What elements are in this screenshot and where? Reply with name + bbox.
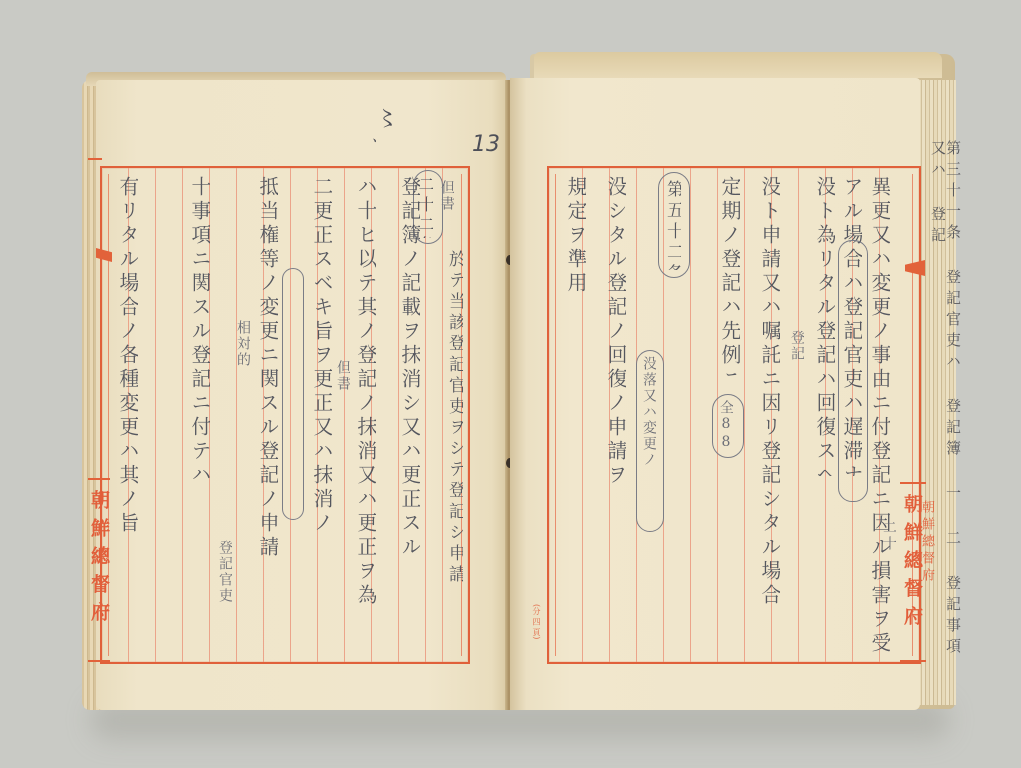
column-rule (155, 168, 156, 662)
column-rule (690, 168, 691, 662)
handwritten-column: 定期ノ登記ハ先例ニ依ル (720, 176, 740, 376)
left-label-rule-bottom (88, 660, 110, 662)
column-rule (798, 168, 799, 662)
annotation: 但書 (440, 180, 454, 240)
handwritten-column: 登記簿ノ記載ヲ抹消シ又ハ更正スル (400, 176, 420, 646)
bracket-annotation (282, 268, 304, 520)
left-top-note-2: 、 (372, 126, 386, 146)
handwritten-column: 於テ当該登記官吏ヲシテ登記シ申請 (446, 250, 463, 650)
annotation: 相対的 (236, 320, 250, 380)
handwritten-column: 規定ヲ準用ス (566, 176, 586, 296)
column-rule (344, 168, 345, 662)
annotation: 登記 (790, 330, 804, 390)
handwritten-column: 没シタル登記ノ回復ノ申請ヲ (606, 176, 626, 646)
handwritten-column: 有リタル場合ノ各種変更ハ其ノ旨 (118, 176, 138, 646)
handwritten-column: 没ト申請又ハ嘱託ニ因リ登記シタル場合 (760, 176, 780, 626)
article-heading: 第五十二条 (664, 180, 681, 270)
column-rule (442, 168, 443, 662)
bracket-annotation (838, 240, 868, 502)
column-rule (182, 168, 183, 662)
handwritten-column: 抵当権等ノ変更ニ関スル登記ノ申請 (258, 176, 278, 646)
handwritten-column: 没ト為リタル登記ハ回復スヘシ (815, 176, 835, 476)
right-page-stack-top-edge (534, 52, 942, 78)
fore-edge-annotation: 第三十一条 登記官吏ハ 登記簿 一 二 登記事項 又ハ 登記 (930, 140, 960, 700)
left-tab-mark-top (88, 158, 102, 160)
handwritten-column: 二更正スベキ旨ヲ更正又ハ抹消ノ (312, 176, 332, 646)
right-label-rule-top (900, 482, 926, 484)
right-margin-label-offset: 朝鮮總督府 (920, 500, 933, 585)
page-footer-mark: (分 四 頁) (531, 604, 542, 639)
annotation: 没落又ハ変更ノ (642, 356, 656, 526)
right-label-rule-bottom (900, 660, 926, 662)
annotation: 但書 (336, 360, 350, 410)
column-rule (398, 168, 399, 662)
handwritten-column: ハ十ヒ以テ其ノ登記ノ抹消又ハ更正ヲ為 (356, 176, 376, 646)
annotation: 全88 (719, 400, 733, 452)
annotation: 二十 (882, 520, 896, 600)
page-number: 13 (472, 132, 500, 157)
column-rule (236, 168, 237, 662)
handwritten-column: 十事項ニ関スル登記ニ付テハ (190, 176, 210, 646)
left-margin-label: 朝鮮總督府 (89, 490, 108, 630)
annotation: 登記官吏 (218, 540, 232, 630)
column-rule (744, 168, 745, 662)
left-label-rule-top (88, 478, 110, 480)
book-photograph: 第三十一条 登記官吏ハ 登記簿 一 二 登記事項 又ハ 登記 〻 、 13 朝鮮… (0, 0, 1021, 768)
